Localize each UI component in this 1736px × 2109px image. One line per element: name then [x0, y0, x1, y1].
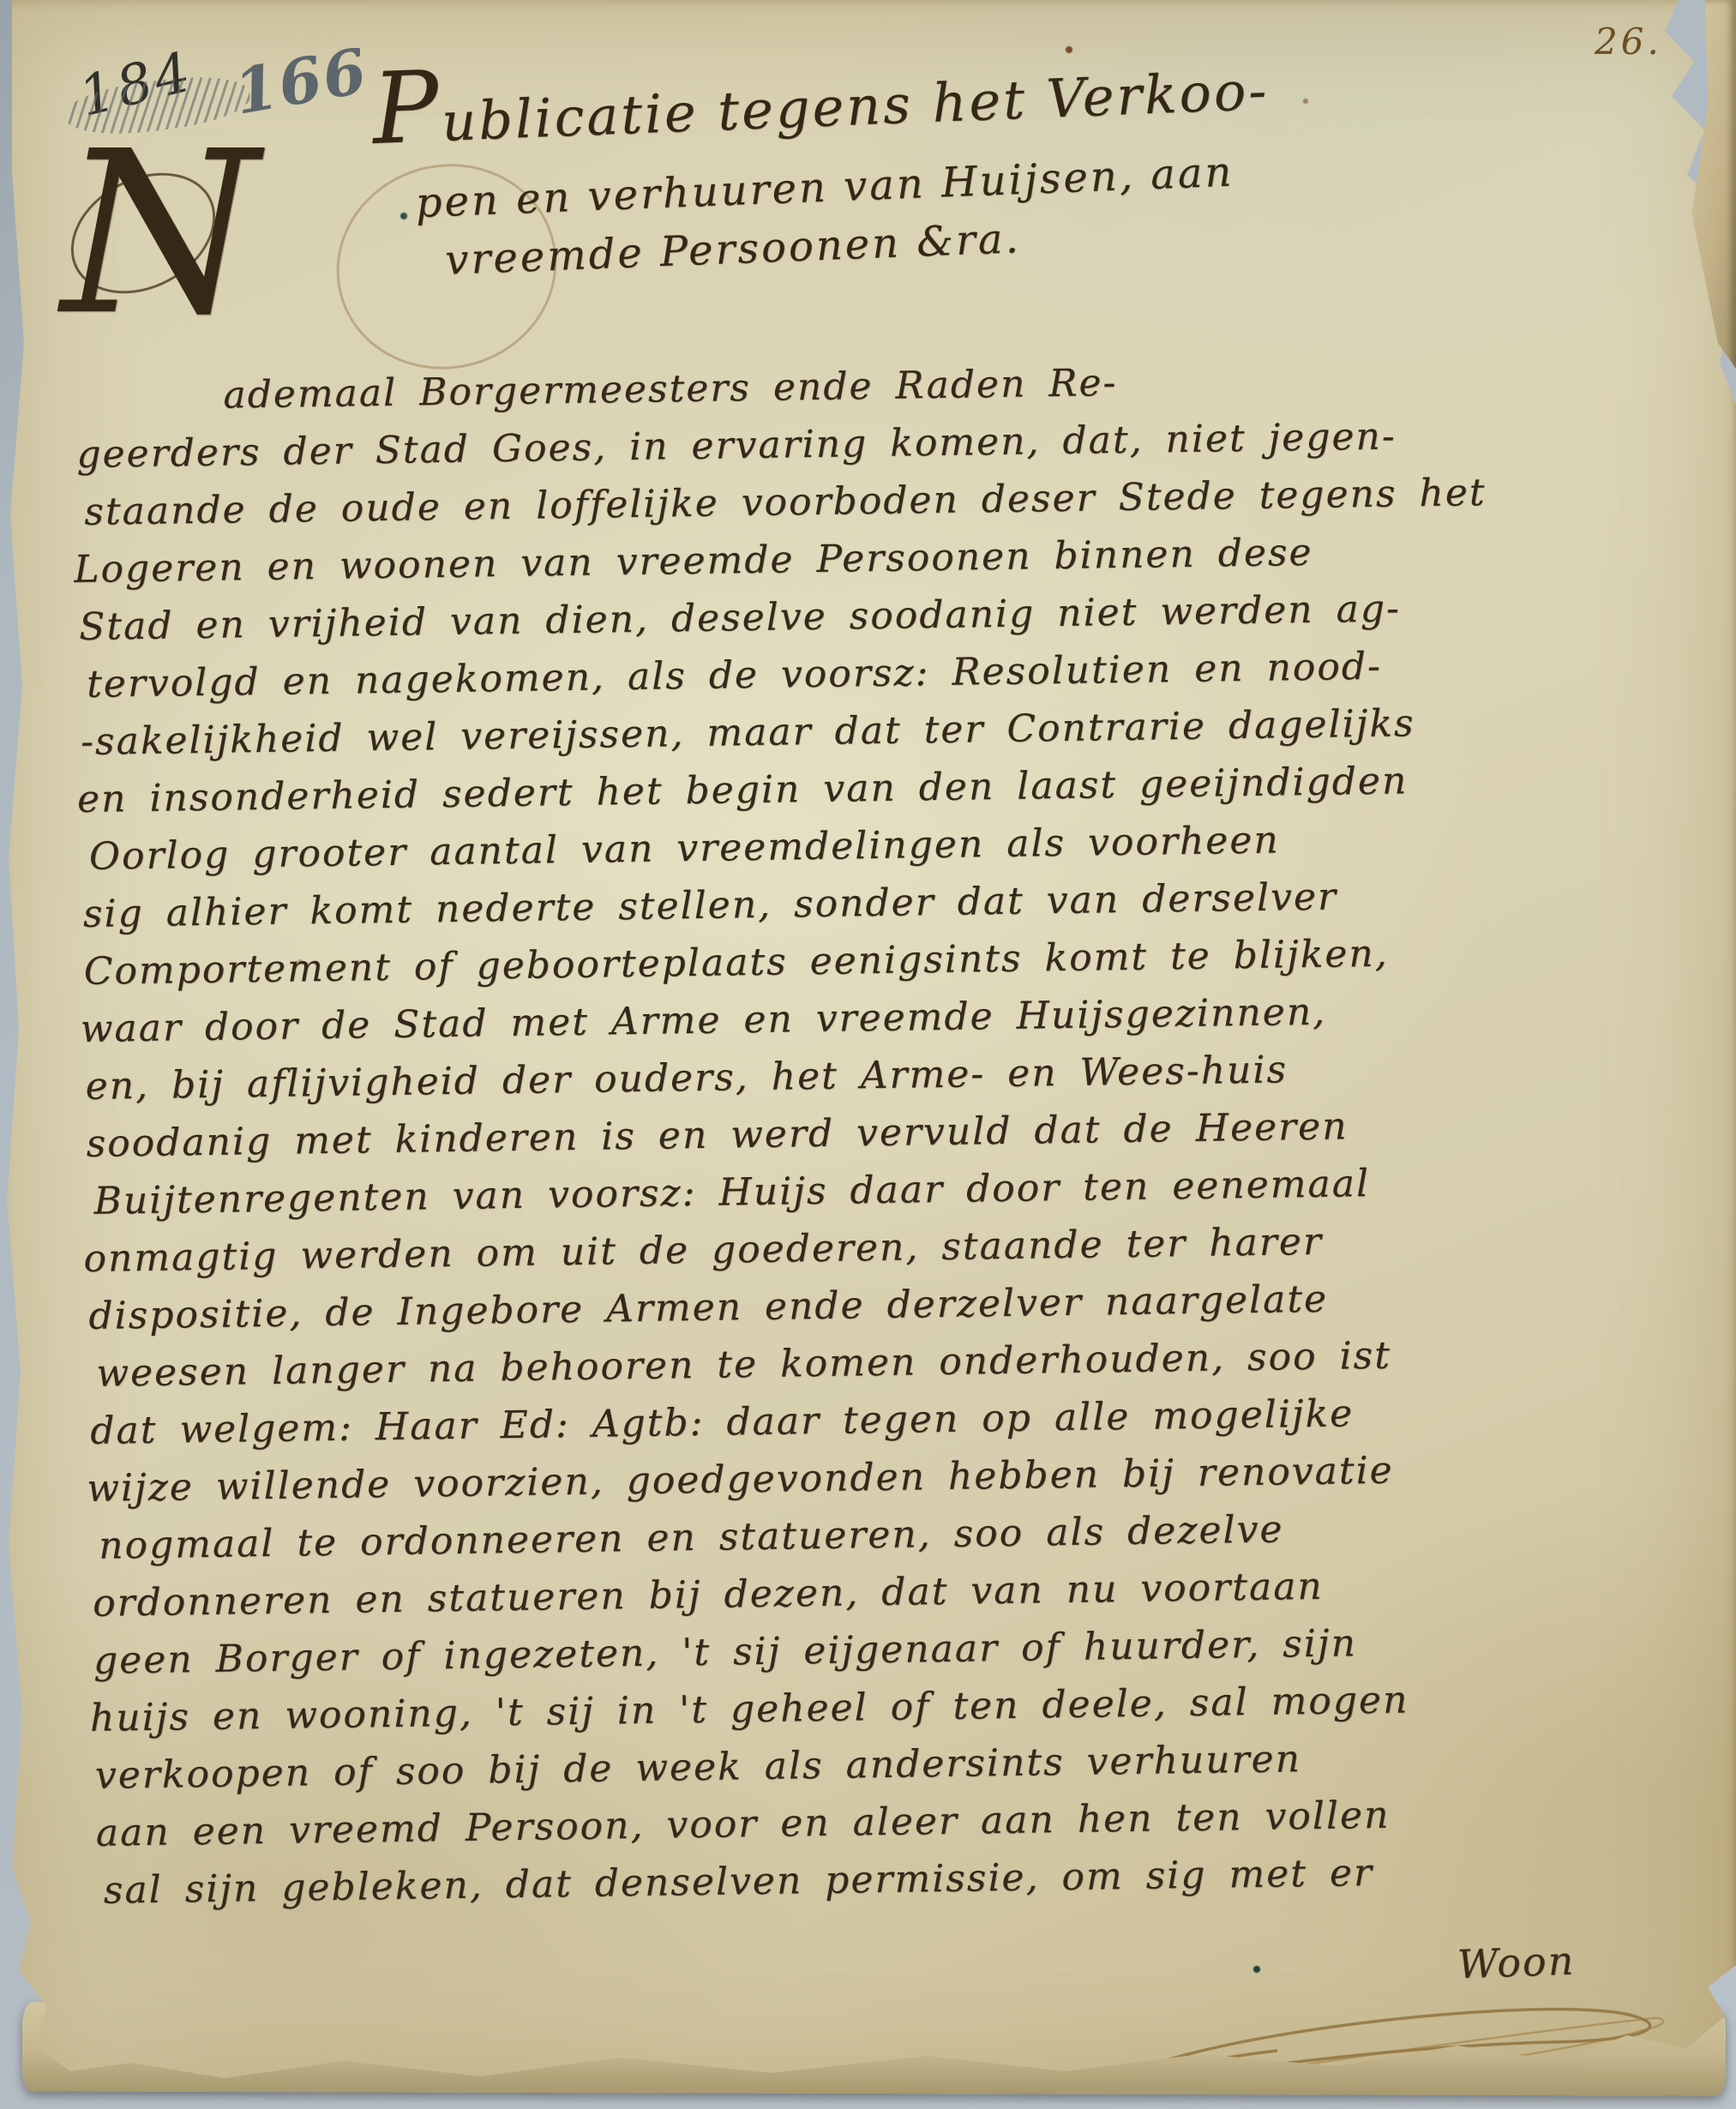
document-title: Publicatie tegens het Verkoo- pen en ver…	[370, 19, 1275, 287]
scanner-background: 184 166 26. Publicatie tegens het Verkoo…	[0, 0, 1736, 2109]
manuscript-page: 184 166 26. Publicatie tegens het Verkoo…	[0, 0, 1736, 2109]
title-line-1: Publicatie tegens het Verkoo-	[370, 19, 1270, 167]
decorative-initial: N	[62, 122, 258, 346]
page-number: 26.	[1595, 21, 1662, 63]
manuscript-body: ademaal Borgermeesters ende Raden Re- ge…	[75, 346, 1717, 1920]
